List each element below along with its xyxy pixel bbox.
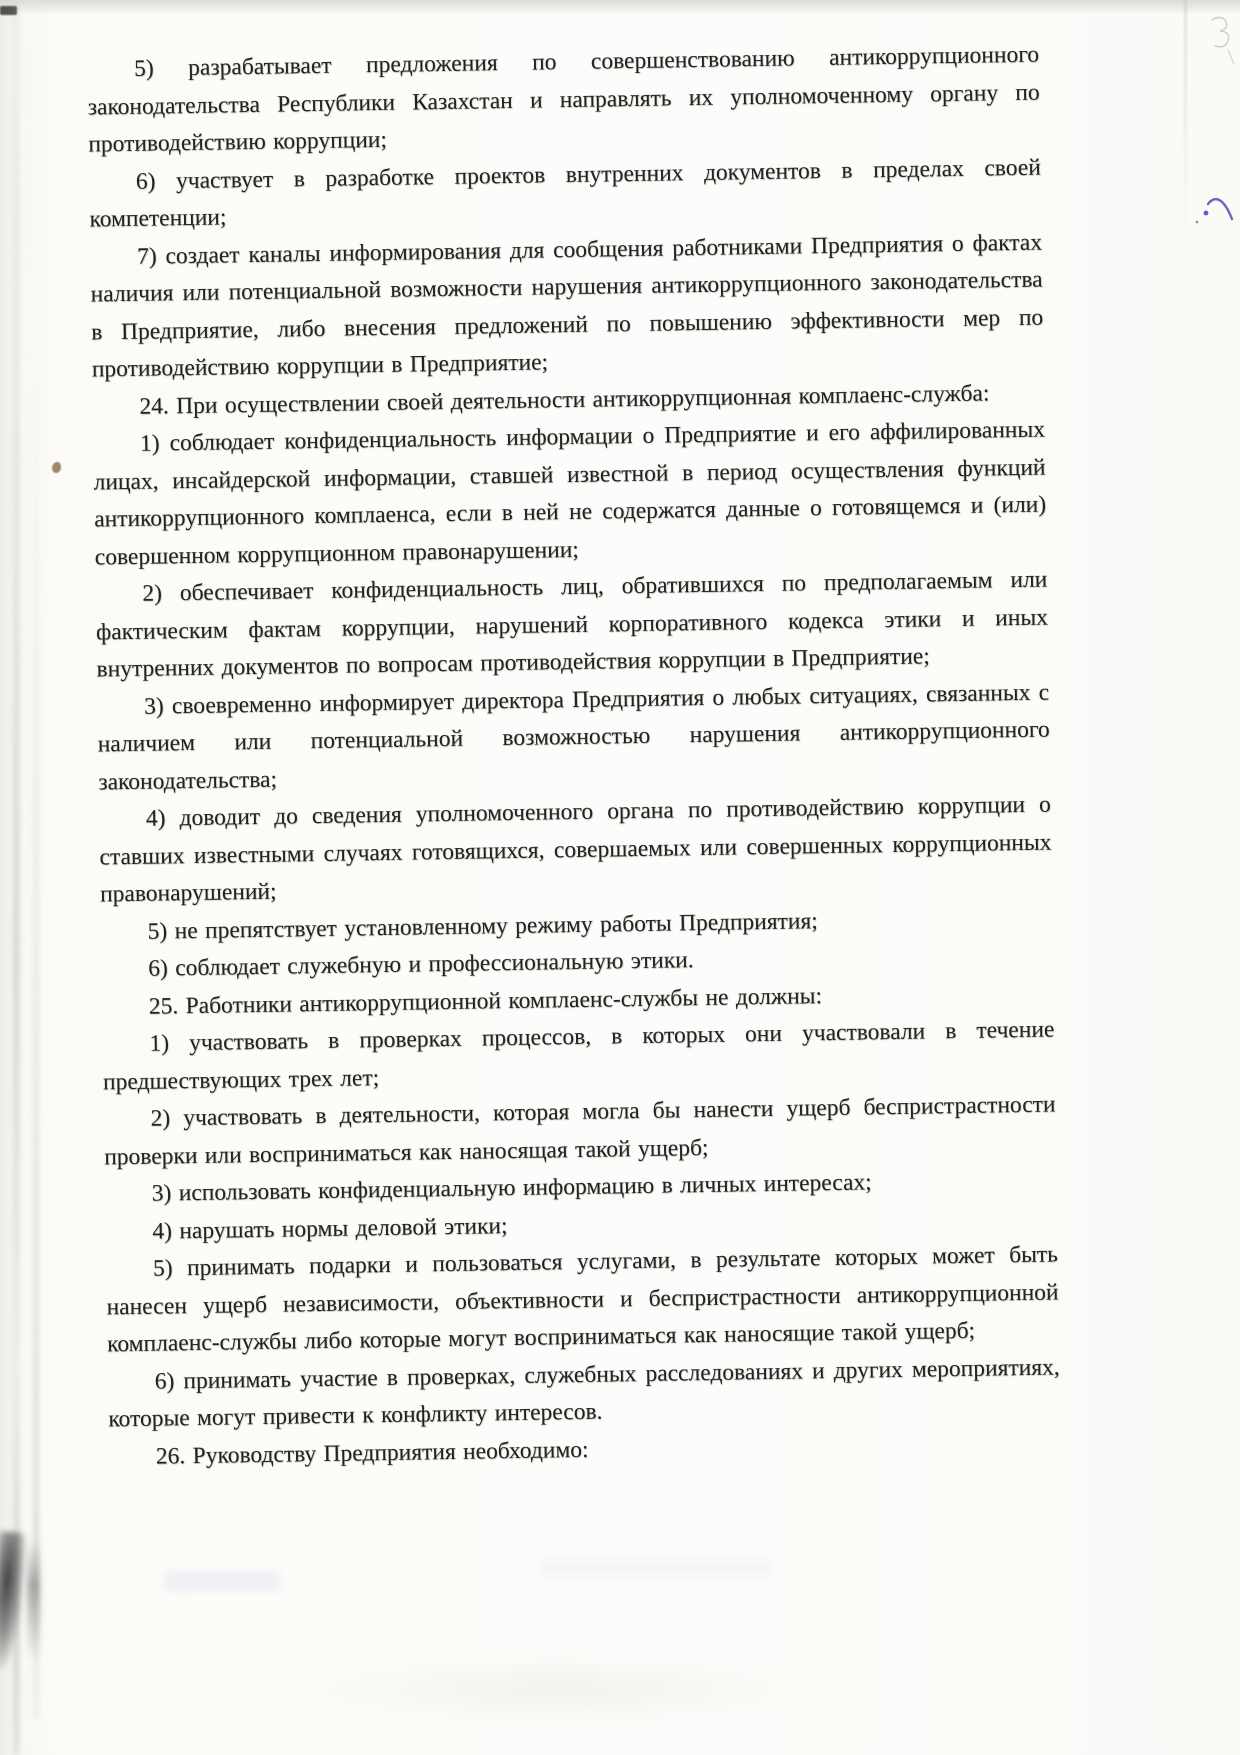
scan-left-edge-streak [33,320,39,1720]
ink-bleed-smudge [540,1560,770,1576]
scan-top-edge-shading [0,0,1240,15]
document-paragraph: 2) обеспечивает конфиденциальность лиц, … [95,562,1049,689]
scan-top-left-mark [0,6,17,15]
document-paragraph: 1) соблюдает конфиденциальность информац… [93,412,1047,577]
document-paragraph: 3) своевременно информирует директора Пр… [97,674,1051,801]
scan-left-edge-streak [13,0,20,1755]
scan-bottom-left-smudge [0,1531,28,1671]
scan-right-paper-edge [1184,0,1187,250]
pencil-scribble [1182,6,1240,76]
document-paragraph: 5) принимать подарки и пользоваться услу… [106,1236,1060,1363]
ink-bleed-smudge [165,1572,280,1590]
paper-speck [52,462,61,473]
scan-bottom-left-smudge [27,1540,40,1660]
paper-shadow-smudge [300,1655,820,1725]
blue-pen-mark [1180,182,1240,242]
document-paragraph: 5) разрабатывает предложения по совершен… [87,37,1041,164]
document-text: 5) разрабатывает предложения по совершен… [87,37,1061,1477]
scanned-page: 5) разрабатывает предложения по совершен… [0,0,1240,1755]
document-paragraph: 7) создает каналы информирования для соо… [90,224,1044,389]
document-paragraph: 4) доводит до сведения уполномоченного о… [99,787,1053,914]
